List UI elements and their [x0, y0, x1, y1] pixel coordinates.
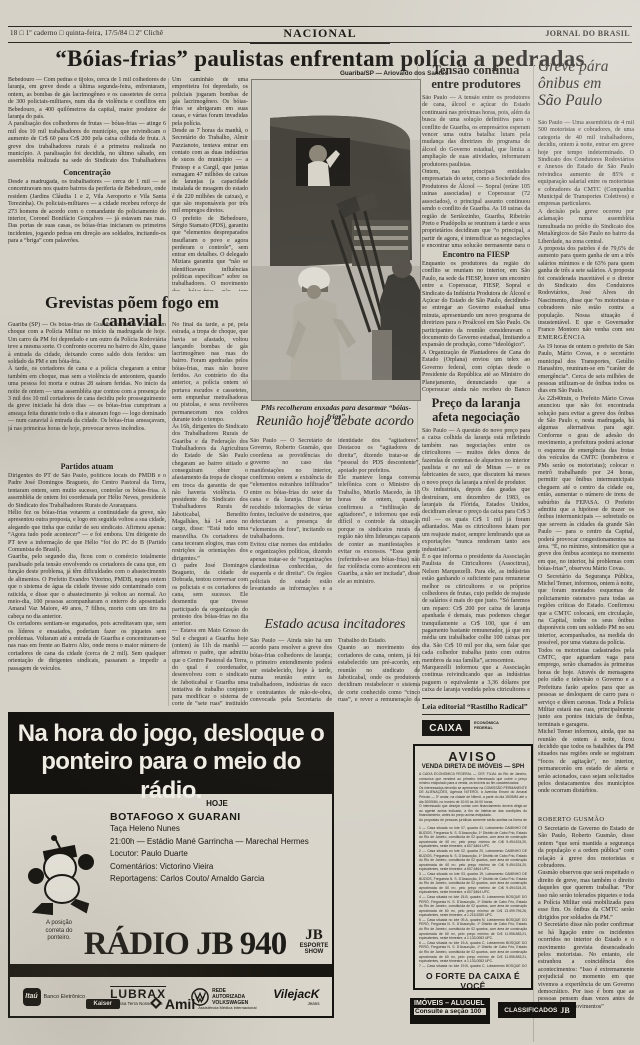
amil-tagline: Assistência Médica Internacional — [198, 1005, 256, 1010]
article-grevistas-body2: Dirigentes do PT de São Paulo, políticos… — [8, 473, 166, 706]
amil-logo: Amil Assistência Médica Internacional — [150, 996, 257, 1012]
editorial-note: Leia editorial “Rastilho Radical” — [422, 698, 530, 715]
jb-esporte-logo: JB ESPORTE SHOW — [298, 928, 330, 955]
subhead-emergencia: EMERGÊNCIA — [538, 334, 634, 341]
main-headline: “Bóias-frias” paulistas enfrentam políci… — [10, 46, 630, 72]
article-grevistas-col2: No final da tarde, a pé, pela estrada, a… — [172, 322, 248, 706]
article-grevistas-lead: Guariba (SP) — Os bóias-frias de Guariba… — [8, 322, 166, 460]
headline-estado: Estado acusa incitadores — [250, 617, 420, 632]
radio-jb-ad: Na hora do jogo, desloque o ponteiro par… — [8, 712, 334, 1018]
headline-greve-onibus: Greve pára ônibus em São Paulo — [538, 58, 634, 109]
column-rule — [168, 78, 169, 706]
imoveis-sub: Consulte a seção 100 — [414, 1008, 486, 1015]
article-preco-body: São Paulo — A questão do novo preço para… — [422, 428, 530, 694]
classificados-label: CLASSIFICADOS — [504, 1007, 557, 1014]
hoje-label: HOJE — [110, 798, 324, 811]
kaiser-logo: Kaiser — [86, 999, 120, 1009]
article-greve-body2: Às 19 horas de ontem o prefeito de São P… — [538, 344, 634, 814]
aviso-items: 1 — Casa situada no lote 07, quadra 41, … — [419, 826, 527, 968]
newspaper-page: 18 □ 1º caderno □ quinta-feira, 17/5/84 … — [0, 0, 640, 1045]
article-greve-body1: São Paulo — Uma assembléia de 4 mil 500 … — [538, 120, 634, 332]
article-estado-body: São Paulo — Ainda não há um acordo para … — [250, 638, 420, 706]
classificados-jb-logo: JB — [560, 1006, 569, 1015]
caixa-logo-sub: ECONÔMICA FEDERAL — [474, 721, 514, 731]
header-rule-bottom — [8, 42, 632, 43]
photo-illustration — [252, 80, 420, 400]
headline-tensao: Tensão continua entre produtores — [422, 64, 530, 91]
match-comments: Comentários: Victorino Vieira — [110, 861, 324, 874]
amil-diamond-icon — [150, 997, 162, 1009]
subhead-partidos: Partidos atuam — [8, 462, 166, 471]
article-bebedouro-col2: Um caminhão de uma empreiteira foi depre… — [172, 77, 248, 291]
jb-logo: JB — [298, 928, 330, 943]
subhead-gusmao: ROBERTO GUSMÃO — [538, 816, 634, 823]
radio-ad-banner: Na hora do jogo, desloque o ponteiro par… — [10, 714, 332, 794]
match-title: BOTAFOGO X GUARANI — [110, 811, 324, 824]
caixa-aviso-ad: AVISO VENDA DIRETA DE IMÓVEIS — SPH A CA… — [413, 744, 533, 990]
aviso-subtitle: VENDA DIRETA DE IMÓVEIS — SPH — [419, 764, 527, 770]
aviso-intro: A CAIXA ECONÔMICA FEDERAL — CEF, FILIAL … — [419, 772, 527, 824]
aviso-title: AVISO — [419, 749, 527, 764]
classificados-box: CLASSIFICADOS JB — [498, 1002, 576, 1018]
subhead-fiesp: Encontro na FIESP — [422, 250, 530, 259]
amil-wordmark: Amil — [165, 996, 195, 1012]
article-bebedouro-body2: Desde a madrugada, os trabalhadores — ce… — [8, 179, 166, 291]
radio-mascot-icon — [24, 834, 98, 918]
ad-divider-bar — [10, 964, 332, 977]
article-bebedouro-lead: Bebedouro — Com pedras e tijolos, cerca … — [8, 77, 166, 165]
caixa-logo: CAIXA — [422, 720, 470, 736]
imoveis-title: IMÓVEIS – ALUGUEL — [414, 1000, 486, 1007]
match-cup: Taça Heleno Nunes — [110, 823, 324, 836]
headline-reuniao: Reunião hoje debate acordo — [248, 414, 422, 429]
column-rule — [533, 60, 534, 1042]
sponsor-row-2: Kaiser Amil Assistência Médica Internaci… — [10, 994, 332, 1014]
caixa-slogan: O FORTE DA CAIXA É VOCÊ — [419, 971, 527, 990]
match-announcer: Locutor: Paulo Duarte — [110, 848, 324, 861]
match-schedule: HOJE BOTAFOGO X GUARANI Taça Heleno Nune… — [110, 798, 324, 886]
match-reports: Reportagens: Carlos Couto/ Arnaldo Garci… — [110, 873, 324, 886]
news-photo — [252, 80, 420, 400]
article-tensao-body2: Enquanto os produtores da região do conf… — [422, 261, 530, 393]
masthead: JORNAL DO BRASIL — [470, 29, 630, 38]
imoveis-aluguel-box: IMÓVEIS – ALUGUEL Consulte a seção 100 — [410, 998, 490, 1024]
radio-station-wordmark: RÁDIO JB 940 — [72, 926, 298, 963]
match-time-venue: 21:00h — Estádio Mané Garrincha — Marech… — [110, 836, 324, 849]
article-tensao-body1: São Paulo — A tensão entre os produtores… — [422, 95, 530, 247]
headline-preco: Preço da laranja afeta negociação — [422, 397, 530, 424]
show-label: SHOW — [298, 949, 330, 955]
subhead-concentracao: Concentração — [8, 168, 166, 177]
article-reuniao-body: São Paulo — O Secretário de Governo, Rob… — [250, 438, 420, 612]
page-info: 18 □ 1º caderno □ quinta-feira, 17/5/84 … — [10, 29, 270, 37]
